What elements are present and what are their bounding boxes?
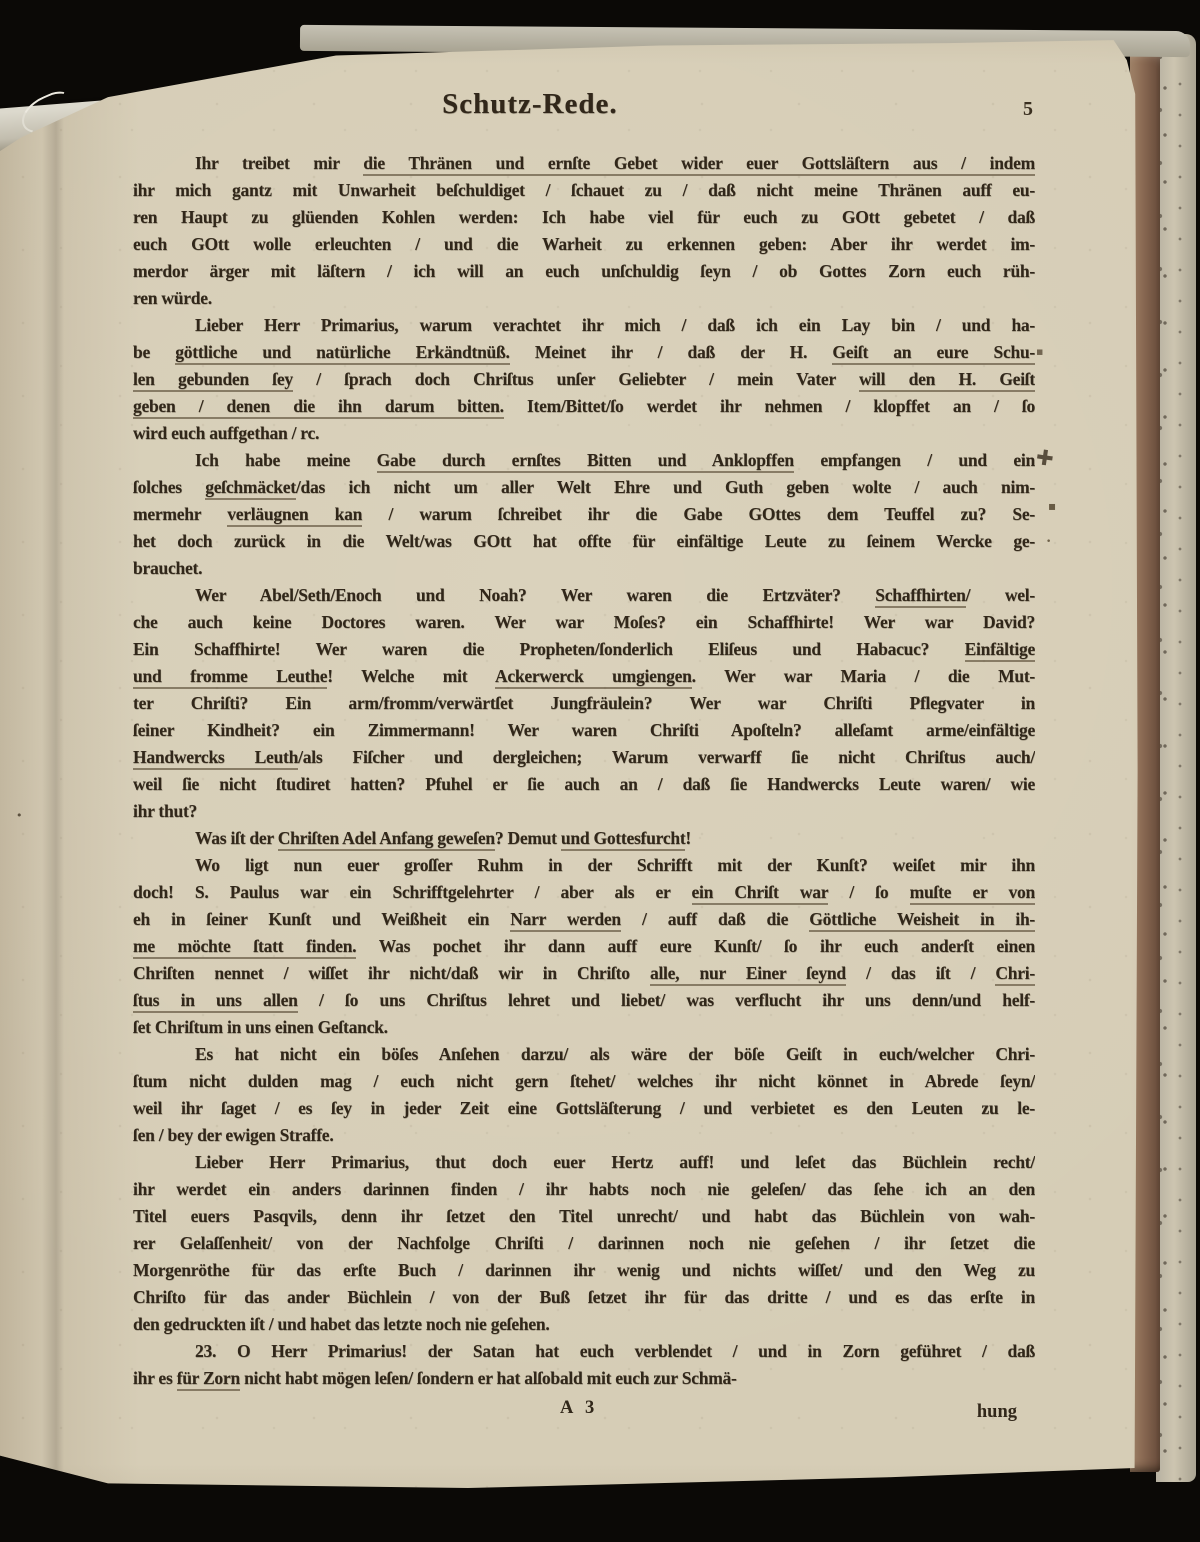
running-header: Schutz-Rede. 5 bbox=[133, 88, 1035, 132]
text-line: ſtus in uns allen / ſo uns Chriſtus lehr… bbox=[133, 987, 1035, 1014]
text-line: Es hat nicht ein böſes Anſehen darzu/ al… bbox=[133, 1041, 1035, 1068]
text-line: euch GOtt wolle erleuchten / und die War… bbox=[133, 231, 1035, 258]
text-line: Chriſten nennet / wiſſet ihr nicht/daß w… bbox=[133, 960, 1035, 987]
text-line: Lieber Herr Primarius, warum verachtet i… bbox=[133, 312, 1035, 339]
book-cover-edge-right bbox=[1156, 34, 1196, 1482]
text-line: Wo ligt nun euer groſſer Ruhm in der Sch… bbox=[133, 852, 1035, 879]
text-line: und fromme Leuthe! Welche mit Ackerwerck… bbox=[133, 663, 1035, 690]
text-line: weil ihr ſaget / es ſey in jeder Zeit ei… bbox=[133, 1095, 1035, 1122]
text-line: ihr es für Zorn nicht habt mögen leſen/ … bbox=[133, 1365, 1035, 1392]
text-line: me möchte ſtatt finden. Was pochet ihr d… bbox=[133, 933, 1035, 960]
catchword: hung bbox=[977, 1402, 1017, 1423]
text-line: Handwercks Leuth/als Fiſcher und derglei… bbox=[133, 744, 1035, 771]
text-line: be göttliche und natürliche Erkändtnüß. … bbox=[133, 339, 1035, 366]
text-line: ſolches geſchmäcket/das ich nicht um all… bbox=[133, 474, 1035, 501]
margin-ink-blot-upper: ▪ bbox=[1036, 346, 1043, 357]
margin-ink-blot-small: • bbox=[1046, 538, 1051, 547]
text-line: Chriſto für das ander Büchlein / von der… bbox=[133, 1284, 1035, 1311]
text-block: Ihr treibet mir die Thränen und ernſte G… bbox=[133, 150, 1035, 1392]
book-page: Schutz-Rede. 5 Ihr treibet mir die Thrän… bbox=[0, 0, 1200, 1542]
left-margin-dot: • bbox=[16, 810, 23, 821]
paragraph: Ich habe meine Gabe durch ernſtes Bitten… bbox=[133, 447, 1035, 582]
text-line: eh in ſeiner Kunſt und Weißheit ein Narr… bbox=[133, 906, 1035, 933]
paragraph: 23. O Herr Primarius! der Satan hat euch… bbox=[133, 1338, 1035, 1392]
text-line: geben / denen die ihn darum bitten. Item… bbox=[133, 393, 1035, 420]
text-line: Wer Abel/Seth/Enoch und Noah? Wer waren … bbox=[133, 582, 1035, 609]
text-line: Morgenröthe für das erſte Buch / darinne… bbox=[133, 1257, 1035, 1284]
text-line: het doch zurück in die Welt/was GOtt hat… bbox=[133, 528, 1035, 555]
gathering-signature: A 3 bbox=[560, 1398, 598, 1419]
text-line: Titel euers Pasqvils, denn ihr ſetzet de… bbox=[133, 1203, 1035, 1230]
paragraph: Lieber Herr Primarius, warum verachtet i… bbox=[133, 312, 1035, 447]
paragraph: Wer Abel/Seth/Enoch und Noah? Wer waren … bbox=[133, 582, 1035, 825]
text-line: ſen / bey der ewigen Straffe. bbox=[133, 1122, 1035, 1149]
paragraph: Lieber Herr Primarius, thut doch euer He… bbox=[133, 1149, 1035, 1338]
text-line: merdor ärger mit läſtern / ich will an e… bbox=[133, 258, 1035, 285]
text-line: weil ſie nicht ſtudiret hatten? Pfuhel e… bbox=[133, 771, 1035, 798]
page-number: 5 bbox=[1023, 98, 1033, 121]
text-line: Ihr treibet mir die Thränen und ernſte G… bbox=[133, 150, 1035, 177]
paragraph: Es hat nicht ein böſes Anſehen darzu/ al… bbox=[133, 1041, 1035, 1149]
paragraph: Ihr treibet mir die Thränen und ernſte G… bbox=[133, 150, 1035, 312]
paragraph: Was iſt der Chriſten Adel Anfang geweſen… bbox=[133, 825, 1035, 852]
margin-ink-blot: ▪ bbox=[1048, 500, 1056, 512]
text-line: ren würde. bbox=[133, 285, 1035, 312]
text-line: 23. O Herr Primarius! der Satan hat euch… bbox=[133, 1338, 1035, 1365]
text-line: Lieber Herr Primarius, thut doch euer He… bbox=[133, 1149, 1035, 1176]
text-line: Ich habe meine Gabe durch ernſtes Bitten… bbox=[133, 447, 1035, 474]
text-line: den gedruckten iſt / und habet das letzt… bbox=[133, 1311, 1035, 1338]
text-line: brauchet. bbox=[133, 555, 1035, 582]
text-line: che auch keine Doctores waren. Wer war M… bbox=[133, 609, 1035, 636]
paragraph: Wo ligt nun euer groſſer Ruhm in der Sch… bbox=[133, 852, 1035, 1041]
text-line: Was iſt der Chriſten Adel Anfang geweſen… bbox=[133, 825, 1035, 852]
text-line: wird euch auffgethan / rc. bbox=[133, 420, 1035, 447]
text-line: Ein Schaffhirte! Wer waren die Propheten… bbox=[133, 636, 1035, 663]
text-line: ren Haupt zu glüenden Kohlen werden: Ich… bbox=[133, 204, 1035, 231]
page-title: Schutz-Rede. bbox=[442, 88, 618, 121]
text-line: ſeiner Kindheit? ein Zimmermann! Wer war… bbox=[133, 717, 1035, 744]
text-line: len gebunden ſey / ſprach doch Chriſtus … bbox=[133, 366, 1035, 393]
scanned-book-photo: Schutz-Rede. 5 Ihr treibet mir die Thrän… bbox=[0, 0, 1200, 1542]
text-line: ſet Chriſtum in uns einen Geſtanck. bbox=[133, 1014, 1035, 1041]
text-line: ihr thut? bbox=[133, 798, 1035, 825]
text-line: ter Chriſti? Ein arm/fromm/verwärtſet Ju… bbox=[133, 690, 1035, 717]
text-line: ihr mich gantz mit Unwarheit beſchuldige… bbox=[133, 177, 1035, 204]
text-line: ſtum nicht dulden mag / euch nicht gern … bbox=[133, 1068, 1035, 1095]
margin-cross-mark: ✚ bbox=[1035, 447, 1055, 470]
page-footer: A 3 hung bbox=[133, 1398, 1035, 1428]
text-line: mermehr verläugnen kan / warum ſchreibet… bbox=[133, 501, 1035, 528]
text-line: rer Gelaſſenheit/ von der Nachfolge Chri… bbox=[133, 1230, 1035, 1257]
text-line: ihr werdet ein anders darinnen finden / … bbox=[133, 1176, 1035, 1203]
text-line: doch! S. Paulus war ein Schrifftgelehrte… bbox=[133, 879, 1035, 906]
